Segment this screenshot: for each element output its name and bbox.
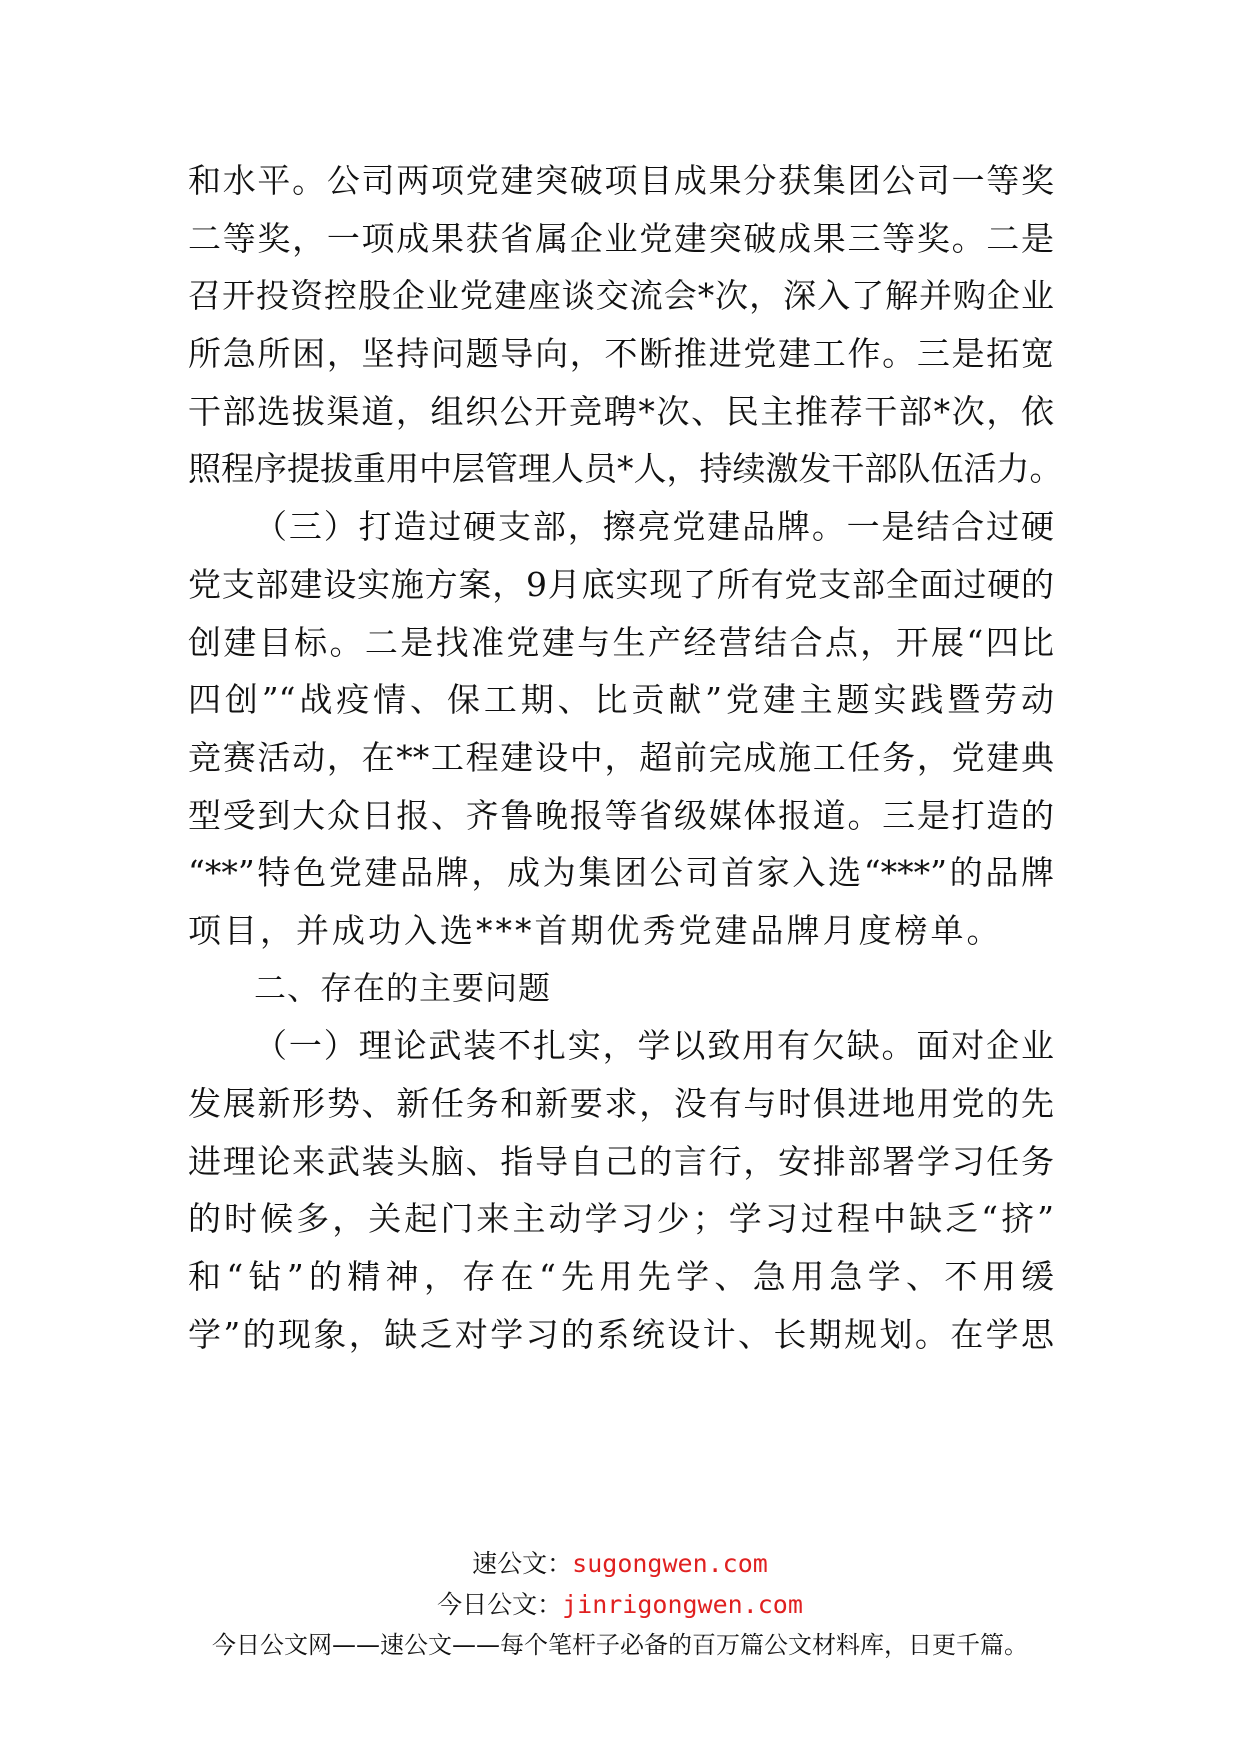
body-line: 学”的现象，缺乏对学习的系统设计、长期规划。在学思	[188, 1306, 1054, 1364]
body-line: “**”特色党建品牌，成为集团公司首家入选“***”的品牌	[188, 844, 1054, 902]
section-heading: 二、存在的主要问题	[188, 960, 1054, 1018]
body-line: 所急所困，坚持问题导向，不断推进党建工作。三是拓宽	[188, 325, 1054, 383]
body-line: 党支部建设实施方案，9月底实现了所有党支部全面过硬的	[188, 556, 1054, 614]
footer-label: 今日公文：	[437, 1590, 562, 1619]
body-line: 进理论来武装头脑、指导自己的言行，安排部署学习任务	[188, 1133, 1054, 1191]
body-line: 照程序提拔重用中层管理人员*人，持续激发干部队伍活力。	[188, 440, 1054, 498]
body-line: 和“钻”的精神，存在“先用先学、急用急学、不用缓	[188, 1248, 1054, 1306]
body-line: 四创”“战疫情、保工期、比贡献”党建主题实践暨劳动	[188, 671, 1054, 729]
footer-line-sugongwen: 速公文：sugongwen.com	[0, 1544, 1240, 1580]
document-page: 和水平。公司两项党建突破项目成果分获集团公司一等奖 二等奖，一项成果获省属企业党…	[0, 0, 1240, 1754]
body-line: 创建目标。二是找准党建与生产经营结合点，开展“四比	[188, 614, 1054, 672]
problem-1-paragraph-start: （一）理论武装不扎实，学以致用有欠缺。面对企业	[188, 1017, 1054, 1075]
footer-line-jinrigongwen: 今日公文：jinrigongwen.com	[0, 1585, 1240, 1621]
body-line: 和水平。公司两项党建突破项目成果分获集团公司一等奖	[188, 152, 1054, 210]
footer-slogan: 今日公文网——速公文——每个笔杆子必备的百万篇公文材料库，日更千篇。	[0, 1625, 1240, 1660]
footer-link-sugongwen[interactable]: sugongwen.com	[572, 1549, 768, 1578]
body-line: 召开投资控股企业党建座谈交流会*次，深入了解并购企业	[188, 267, 1054, 325]
section-3-paragraph-start: （三）打造过硬支部，擦亮党建品牌。一是结合过硬	[188, 498, 1054, 556]
body-line: 的时候多，关起门来主动学习少；学习过程中缺乏“挤”	[188, 1190, 1054, 1248]
body-line: 二等奖，一项成果获省属企业党建突破成果三等奖。二是	[188, 210, 1054, 268]
body-line: 竞赛活动，在**工程建设中，超前完成施工任务，党建典	[188, 729, 1054, 787]
body-line: 干部选拔渠道，组织公开竞聘*次、民主推荐干部*次，依	[188, 383, 1054, 441]
body-line: 发展新形势、新任务和新要求，没有与时俱进地用党的先	[188, 1075, 1054, 1133]
body-line: 项目，并成功入选***首期优秀党建品牌月度榜单。	[188, 902, 1054, 960]
document-body: 和水平。公司两项党建突破项目成果分获集团公司一等奖 二等奖，一项成果获省属企业党…	[188, 152, 1054, 1363]
footer-label: 速公文：	[472, 1549, 572, 1578]
footer-link-jinrigongwen[interactable]: jinrigongwen.com	[562, 1590, 803, 1619]
body-line: 型受到大众日报、齐鲁晚报等省级媒体报道。三是打造的	[188, 787, 1054, 845]
